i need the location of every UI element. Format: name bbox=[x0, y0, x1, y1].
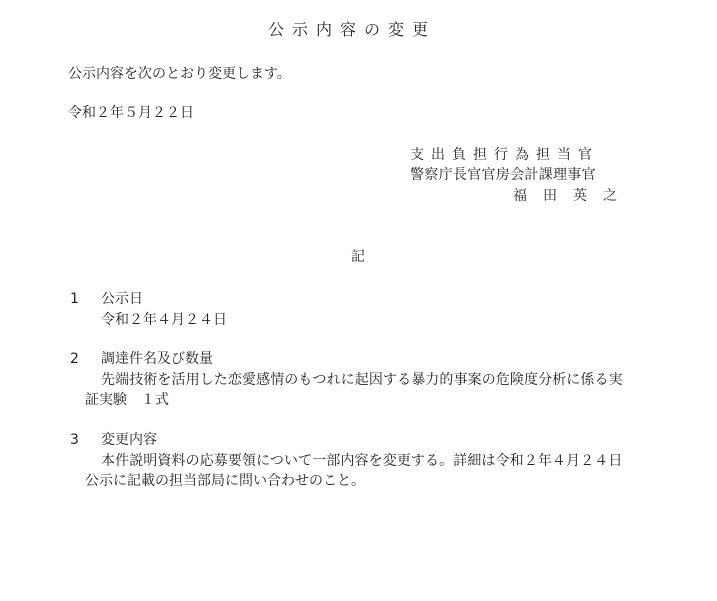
signature-name: 福 田 英 之 bbox=[513, 186, 618, 206]
signature-department: 警察庁長官官房会計課理事官 bbox=[410, 165, 596, 185]
section-number: 2 bbox=[70, 350, 79, 368]
ki-heading: 記 bbox=[351, 248, 365, 266]
section-line: 本件説明資料の応募要領について一部内容を変更する。詳細は令和２年４月２４日 bbox=[101, 452, 622, 470]
signature-role: 支出負担行為担当官 bbox=[410, 145, 599, 165]
section-line: 令和２年４月２４日 bbox=[101, 311, 227, 329]
section-heading: 公示日 bbox=[101, 290, 143, 308]
section-line: 公示に記載の担当部局に問い合わせのこと。 bbox=[85, 472, 365, 490]
intro-text: 公示内容を次のとおり変更します。 bbox=[68, 65, 291, 83]
section-line: 証実験 １式 bbox=[85, 391, 169, 409]
section-number: 1 bbox=[70, 290, 79, 308]
section-number: 3 bbox=[70, 431, 79, 449]
notice-date: 令和２年５月２２日 bbox=[68, 104, 194, 122]
section-line: 先端技術を活用した恋愛感情のもつれに起因する暴力的事案の危険度分析に係る実 bbox=[101, 371, 623, 389]
section-heading: 変更内容 bbox=[101, 431, 157, 449]
section-heading: 調達件名及び数量 bbox=[101, 350, 213, 368]
document-title: 公示内容の変更 bbox=[268, 20, 436, 40]
